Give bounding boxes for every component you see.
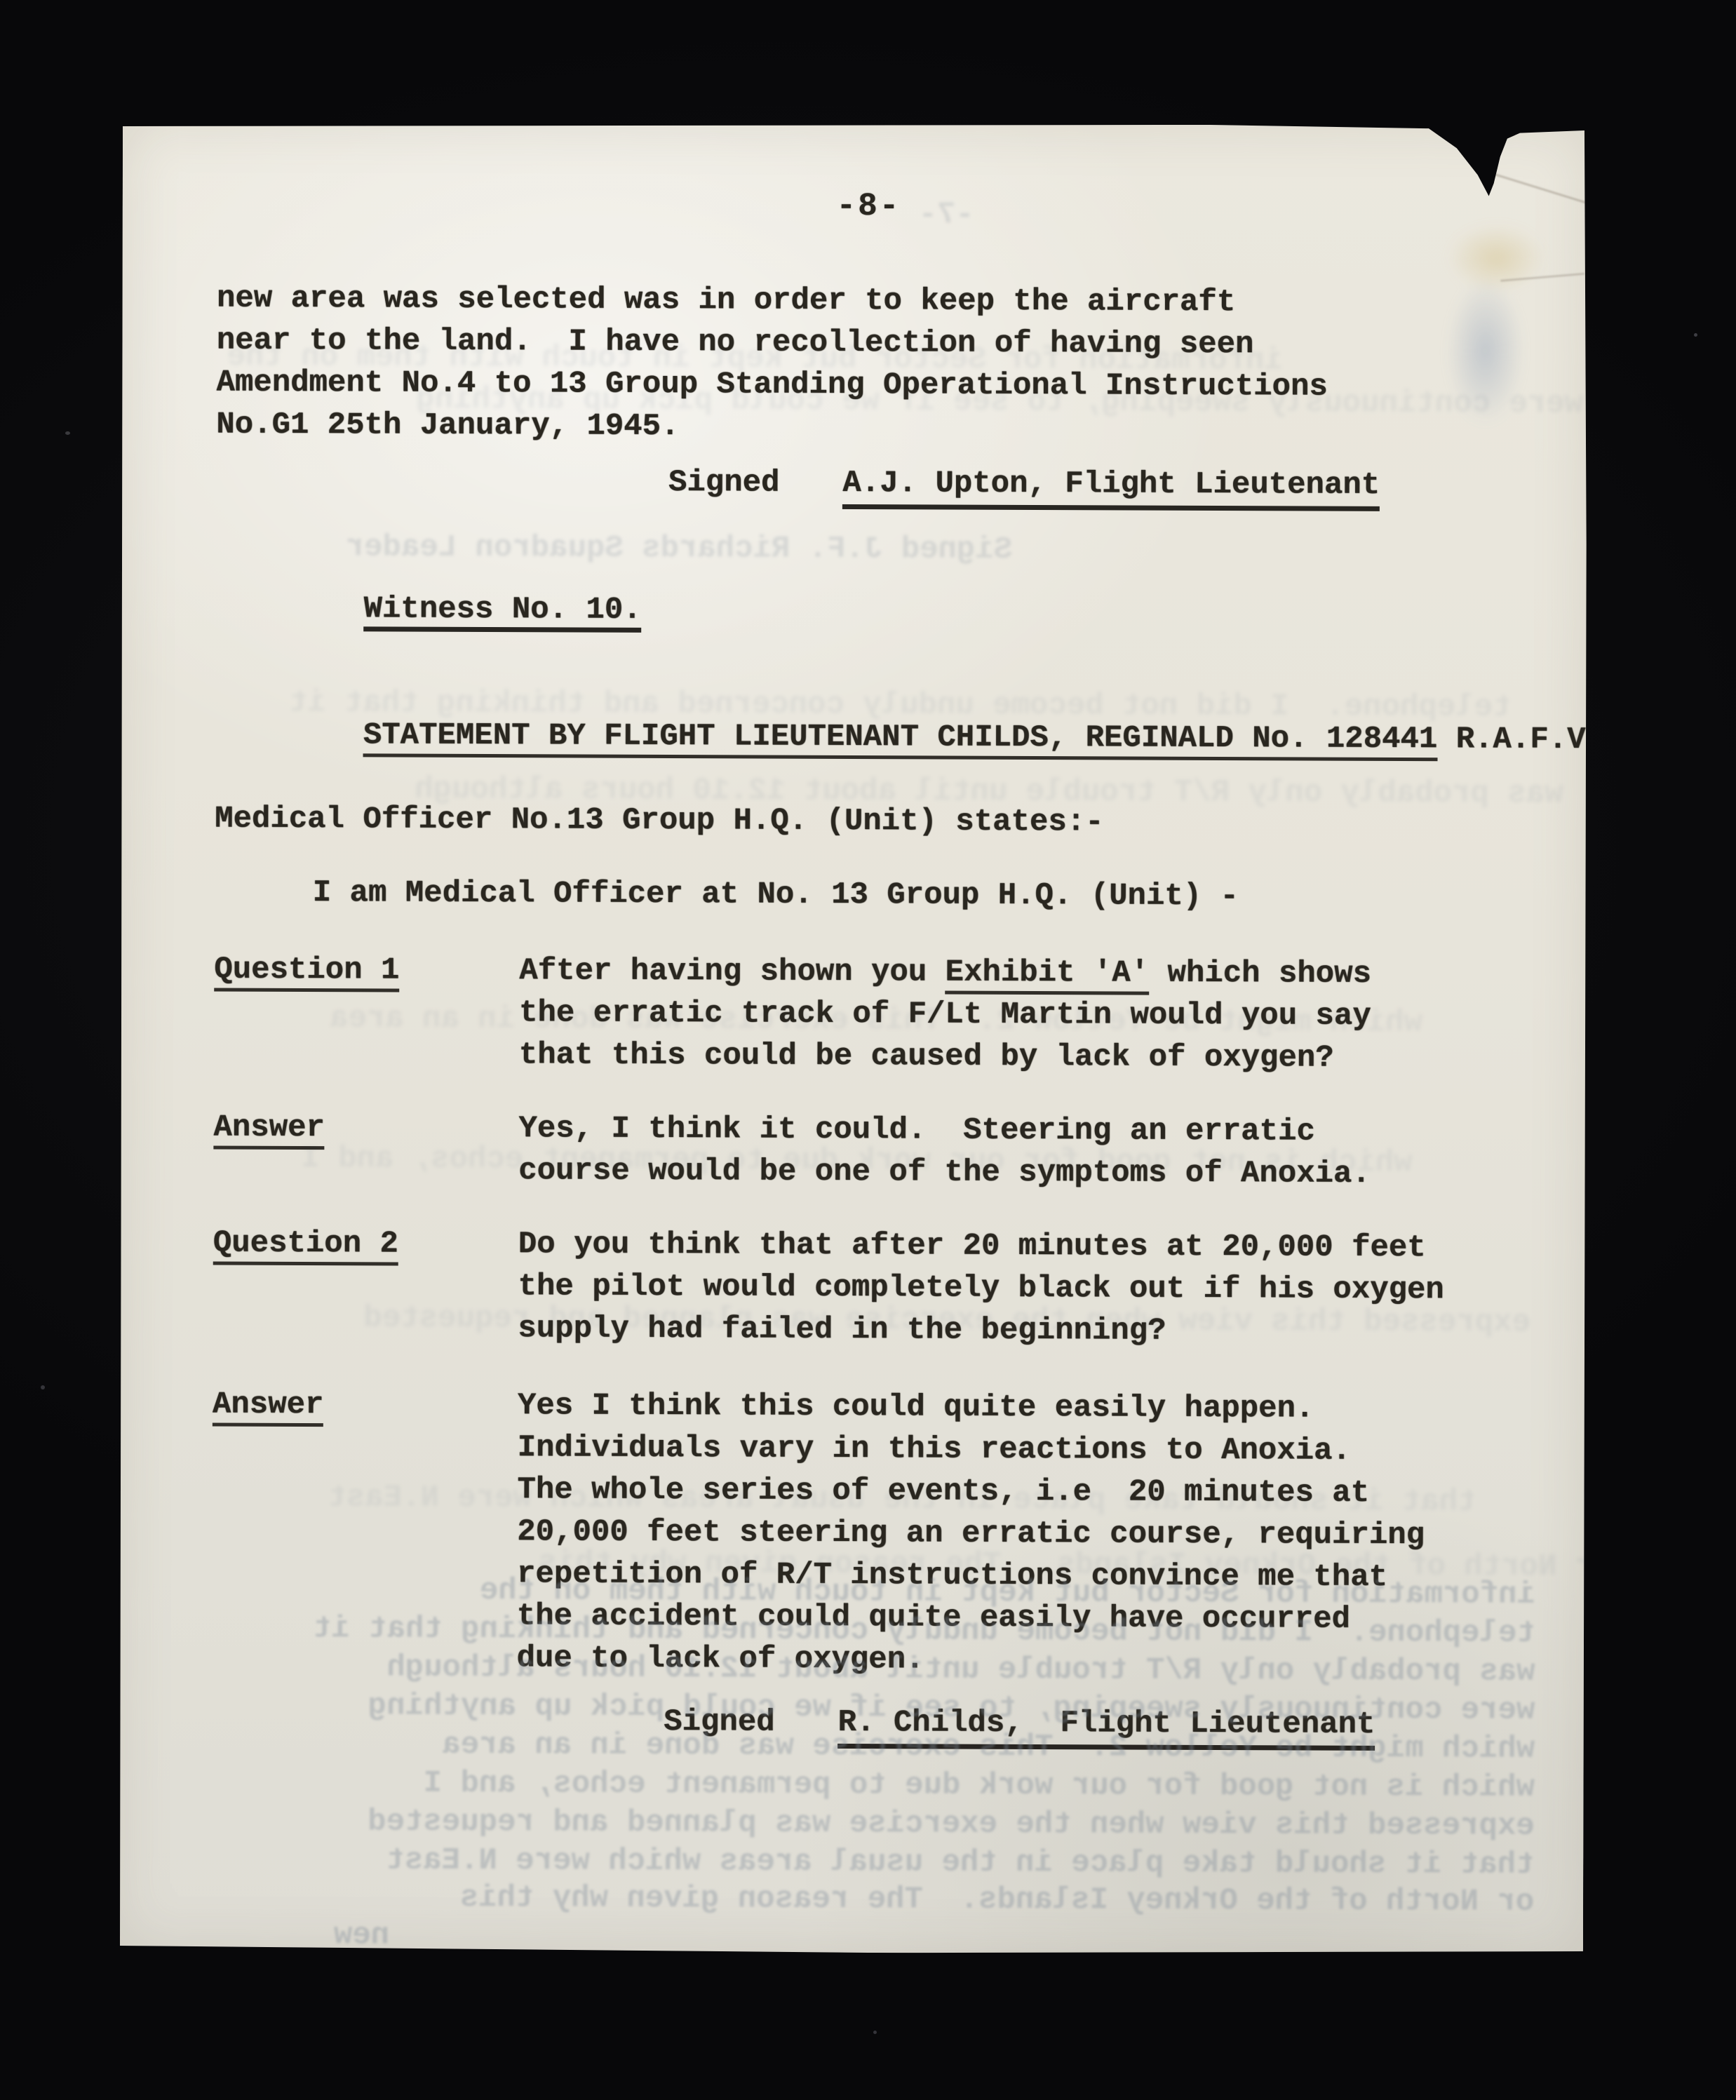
bleedthrough-line: or North of the Orkney Islands. The reas… bbox=[312, 1878, 1534, 1922]
statement-role-line: Medical Officer No.13 Group H.Q. (Unit) … bbox=[215, 798, 1544, 845]
statement-heading-rest: R.A.F.V.R. bbox=[1437, 722, 1641, 758]
typed-line: Do you think that after 20 minutes at 20… bbox=[518, 1223, 1542, 1270]
dust-speck bbox=[41, 1385, 45, 1389]
question-1-label: Question 1 bbox=[214, 949, 520, 1077]
answer-1-block: Answer Yes, I think it could. Steering a… bbox=[213, 1107, 1542, 1196]
typed-line: Yes, I think it could. Steering an errat… bbox=[518, 1108, 1542, 1154]
exhibit-a-underlined: Exhibit 'A' bbox=[946, 955, 1150, 995]
typed-line: The whole series of events, i.e 20 minut… bbox=[517, 1469, 1541, 1515]
bleedthrough-line: expressed this view when the exercise wa… bbox=[250, 1802, 1535, 1846]
statement-heading: STATEMENT BY FLIGHT LIEUTENANT CHILDS, R… bbox=[215, 672, 1545, 803]
signed-label: Signed bbox=[668, 462, 780, 509]
intro-line: I am Medical Officer at No. 13 Group H.Q… bbox=[313, 872, 1544, 919]
typed-line: new area was selected was in order to ke… bbox=[217, 278, 1546, 325]
typed-line: Individuals vary in this reactions to An… bbox=[518, 1427, 1542, 1473]
bleedthrough-line: new bbox=[235, 1916, 389, 1956]
signatory-name: A.J. Upton, Flight Lieutenant bbox=[842, 462, 1380, 511]
answer-1-text: Yes, I think it could. Steering an errat… bbox=[518, 1108, 1542, 1196]
typed-line: near to the land. I have no recollection… bbox=[217, 320, 1546, 367]
dust-speck bbox=[65, 431, 70, 435]
witness-heading: Witness No. 10. bbox=[215, 546, 1545, 677]
typed-line: No.G1 25th January, 1945. bbox=[216, 404, 1545, 451]
document-page: -8- -7- information for Sector but kept … bbox=[116, 118, 1590, 1956]
dust-speck bbox=[1694, 333, 1697, 337]
bleedthrough-line: which might be Yellow 2. This exercise w… bbox=[281, 1725, 1535, 1769]
signature-upton: Signed A.J. Upton, Flight Lieutenant bbox=[668, 462, 1545, 512]
question-1-block: Question 1 After having shown you Exhibi… bbox=[214, 949, 1544, 1080]
statement-heading-underlined: STATEMENT BY FLIGHT LIEUTENANT CHILDS, R… bbox=[363, 718, 1438, 761]
typed-line: supply had failed in the beginning? bbox=[518, 1307, 1542, 1354]
question-2-label: Question 2 bbox=[213, 1223, 518, 1350]
typed-line: 20,000 feet steering an erratic course, … bbox=[517, 1511, 1541, 1557]
typed-line: Amendment No.4 to 13 Group Standing Oper… bbox=[216, 362, 1545, 409]
typed-line: Yes I think this could quite easily happ… bbox=[518, 1385, 1542, 1431]
question-2-text: Do you think that after 20 minutes at 20… bbox=[518, 1223, 1542, 1354]
bleedthrough-line: were continuously sweeping, to see if we… bbox=[260, 1686, 1535, 1730]
bleedthrough-line: telephone. I did not become unduly conce… bbox=[257, 1609, 1535, 1653]
bleedthrough-line: was probably only R/T trouble until abou… bbox=[267, 1648, 1535, 1692]
typed-line: the pilot would completely black out if … bbox=[518, 1265, 1542, 1312]
typed-content: new area was selected was in order to ke… bbox=[211, 119, 1547, 1751]
typed-line: that this could be caused by lack of oxy… bbox=[519, 1034, 1543, 1080]
bleedthrough-line: information for Sector but kept in touch… bbox=[328, 1570, 1535, 1615]
typed-line: course would be one of the symptoms of A… bbox=[518, 1150, 1542, 1196]
answer-1-label: Answer bbox=[213, 1107, 518, 1192]
photo-background: -8- -7- information for Sector but kept … bbox=[0, 0, 1736, 2100]
dust-speck bbox=[873, 2031, 877, 2034]
question-1-text: After having shown you Exhibit 'A' which… bbox=[519, 950, 1544, 1080]
question-2-block: Question 2 Do you think that after 20 mi… bbox=[213, 1223, 1542, 1354]
typed-line: After having shown you Exhibit 'A' which… bbox=[519, 950, 1543, 996]
opening-paragraph: new area was selected was in order to ke… bbox=[216, 278, 1546, 451]
bleedthrough-line: which is not good for our work due to pe… bbox=[257, 1763, 1535, 1808]
typed-line: the erratic track of F/Lt Martin would y… bbox=[519, 992, 1543, 1038]
